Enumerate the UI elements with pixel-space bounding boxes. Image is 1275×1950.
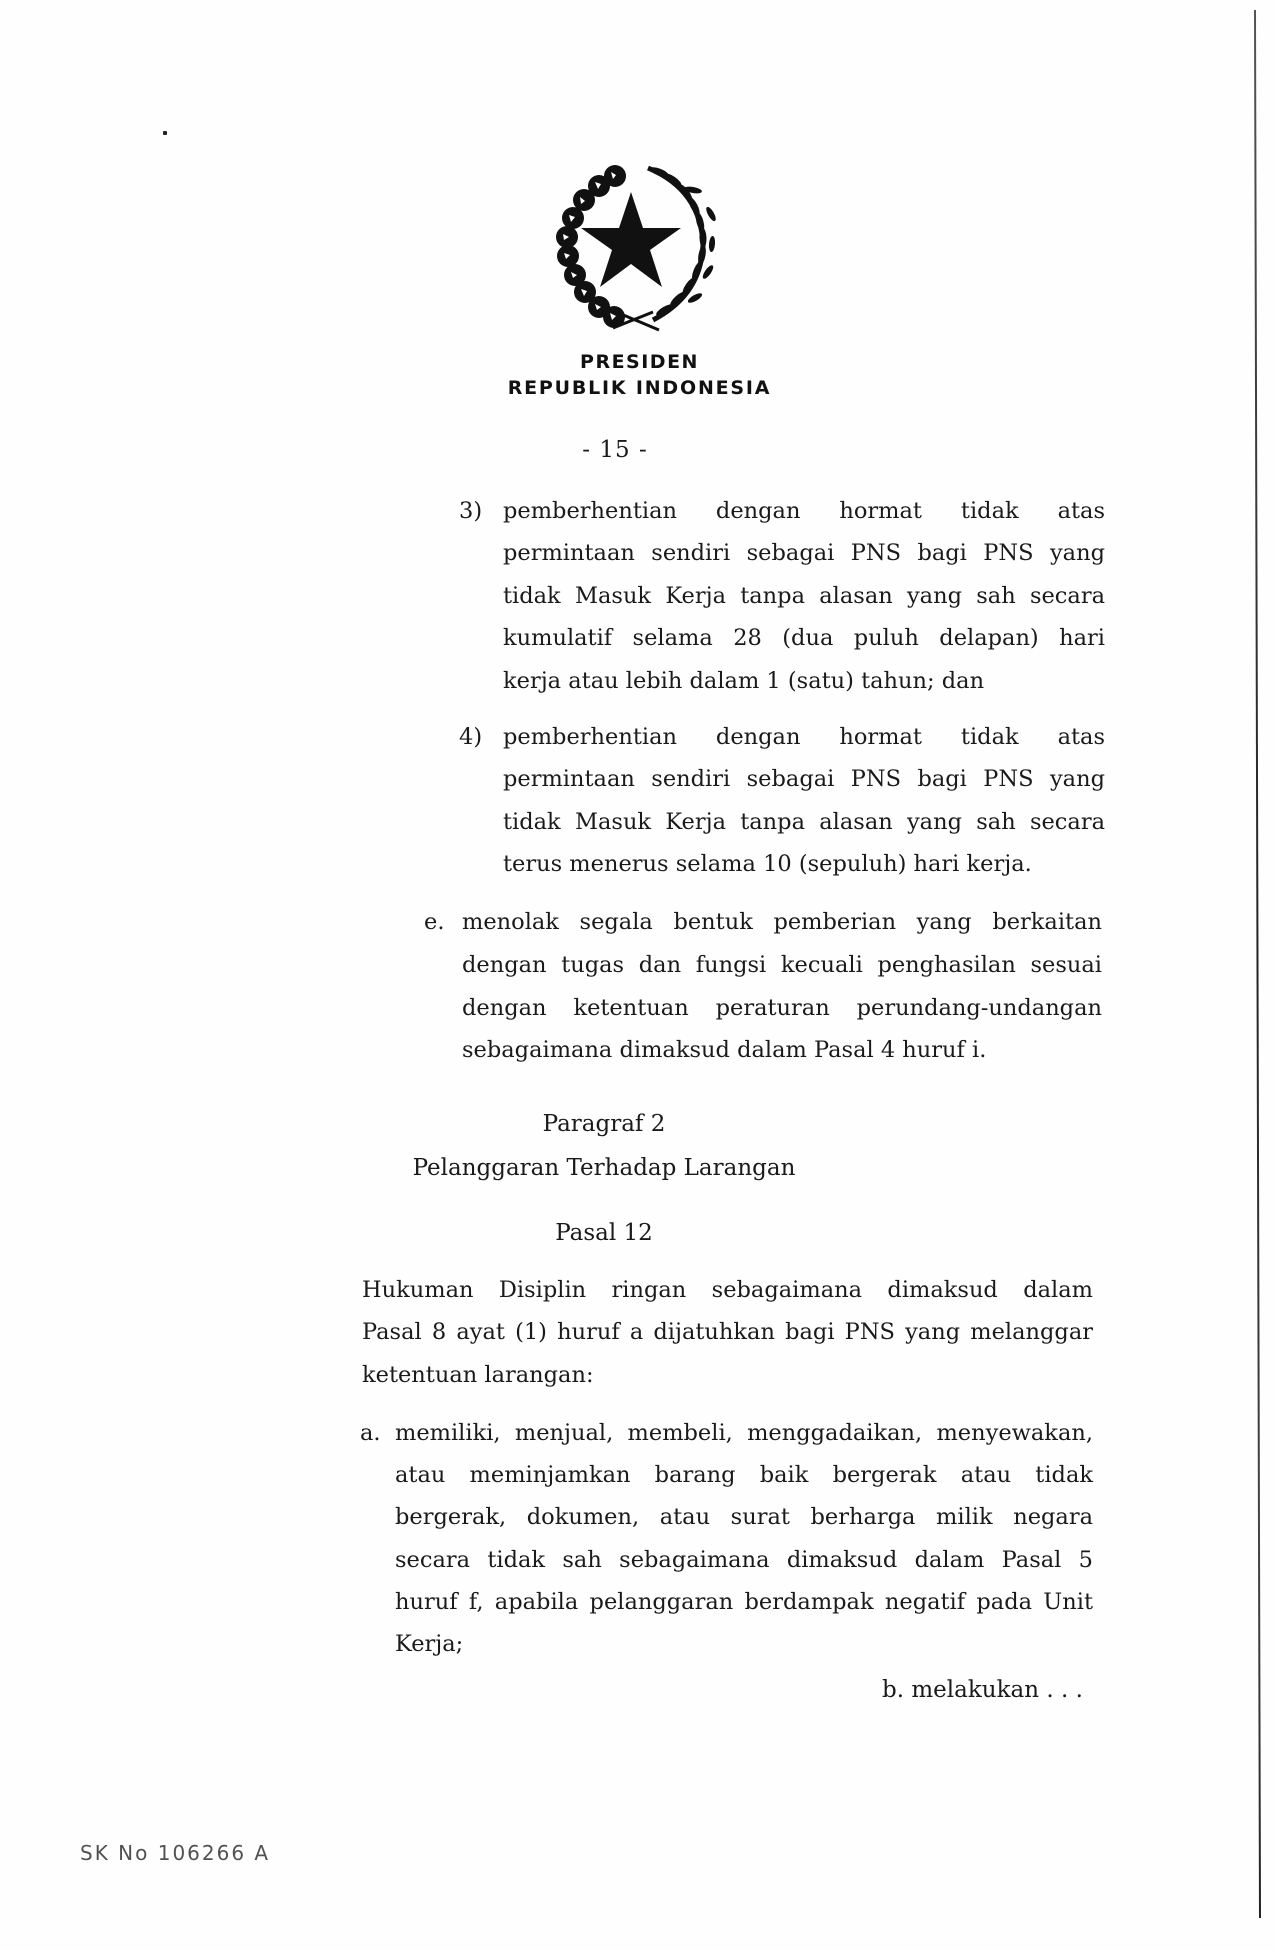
letterhead-title: PRESIDEN [2, 351, 1275, 373]
list-marker: e. [424, 907, 444, 937]
text-line: Kerja; [395, 1629, 1093, 1659]
text-line: dengan tugas dan fungsi kecuali penghasi… [462, 950, 1102, 980]
list-marker: 3) [459, 496, 482, 526]
text-line: permintaan sendiri sebagai PNS bagi PNS … [503, 538, 1105, 568]
text-line: terus menerus selama 10 (sepuluh) hari k… [503, 849, 1105, 879]
text-line: Pasal 8 ayat (1) huruf a dijatuhkan bagi… [362, 1317, 1093, 1347]
section-title: Pelanggaran Terhadap Larangan [0, 1153, 1208, 1183]
text-line: dengan ketentuan peraturan perundang-und… [462, 993, 1102, 1023]
scan-speck [163, 131, 167, 135]
text-line: atau meminjamkan barang baik bergerak at… [395, 1460, 1093, 1490]
text-line: secara tidak sah sebagaimana dimaksud da… [395, 1545, 1093, 1575]
letterhead-subtitle: REPUBLIK INDONESIA [2, 377, 1275, 399]
article-heading: Pasal 12 [0, 1218, 1208, 1248]
scan-edge-line [1254, 10, 1261, 1918]
presidential-emblem-icon [551, 160, 716, 332]
text-line: menolak segala bentuk pemberian yang ber… [462, 907, 1102, 937]
text-line: permintaan sendiri sebagai PNS bagi PNS … [503, 764, 1105, 794]
text-line: pemberhentian dengan hormat tidak atas [503, 496, 1105, 526]
text-line: pemberhentian dengan hormat tidak atas [503, 722, 1105, 752]
text-line: kerja atau lebih dalam 1 (satu) tahun; d… [503, 666, 1105, 696]
text-line: Hukuman Disiplin ringan sebagaimana dima… [362, 1275, 1093, 1305]
document-serial-code: SK No 106266 A [80, 1841, 270, 1865]
text-line: sebagaimana dimaksud dalam Pasal 4 huruf… [462, 1035, 1102, 1065]
text-line: tidak Masuk Kerja tanpa alasan yang sah … [503, 807, 1105, 837]
list-marker: a. [360, 1418, 381, 1448]
paragraph-heading: Paragraf 2 [0, 1109, 1208, 1139]
text-line: huruf f, apabila pelanggaran berdampak n… [395, 1587, 1093, 1617]
document-page: PRESIDEN REPUBLIK INDONESIA - 15 - 3) pe… [0, 0, 1275, 1950]
text-line: tidak Masuk Kerja tanpa alasan yang sah … [503, 581, 1105, 611]
text-line: bergerak, dokumen, atau surat berharga m… [395, 1502, 1093, 1532]
text-line: ketentuan larangan: [362, 1360, 1093, 1390]
text-line: kumulatif selama 28 (dua puluh delapan) … [503, 623, 1105, 653]
continuation-catchword: b. melakukan . . . [882, 1675, 1083, 1705]
page-number: - 15 - [0, 437, 1230, 463]
list-marker: 4) [459, 722, 482, 752]
text-line: memiliki, menjual, membeli, menggadaikan… [395, 1418, 1093, 1448]
